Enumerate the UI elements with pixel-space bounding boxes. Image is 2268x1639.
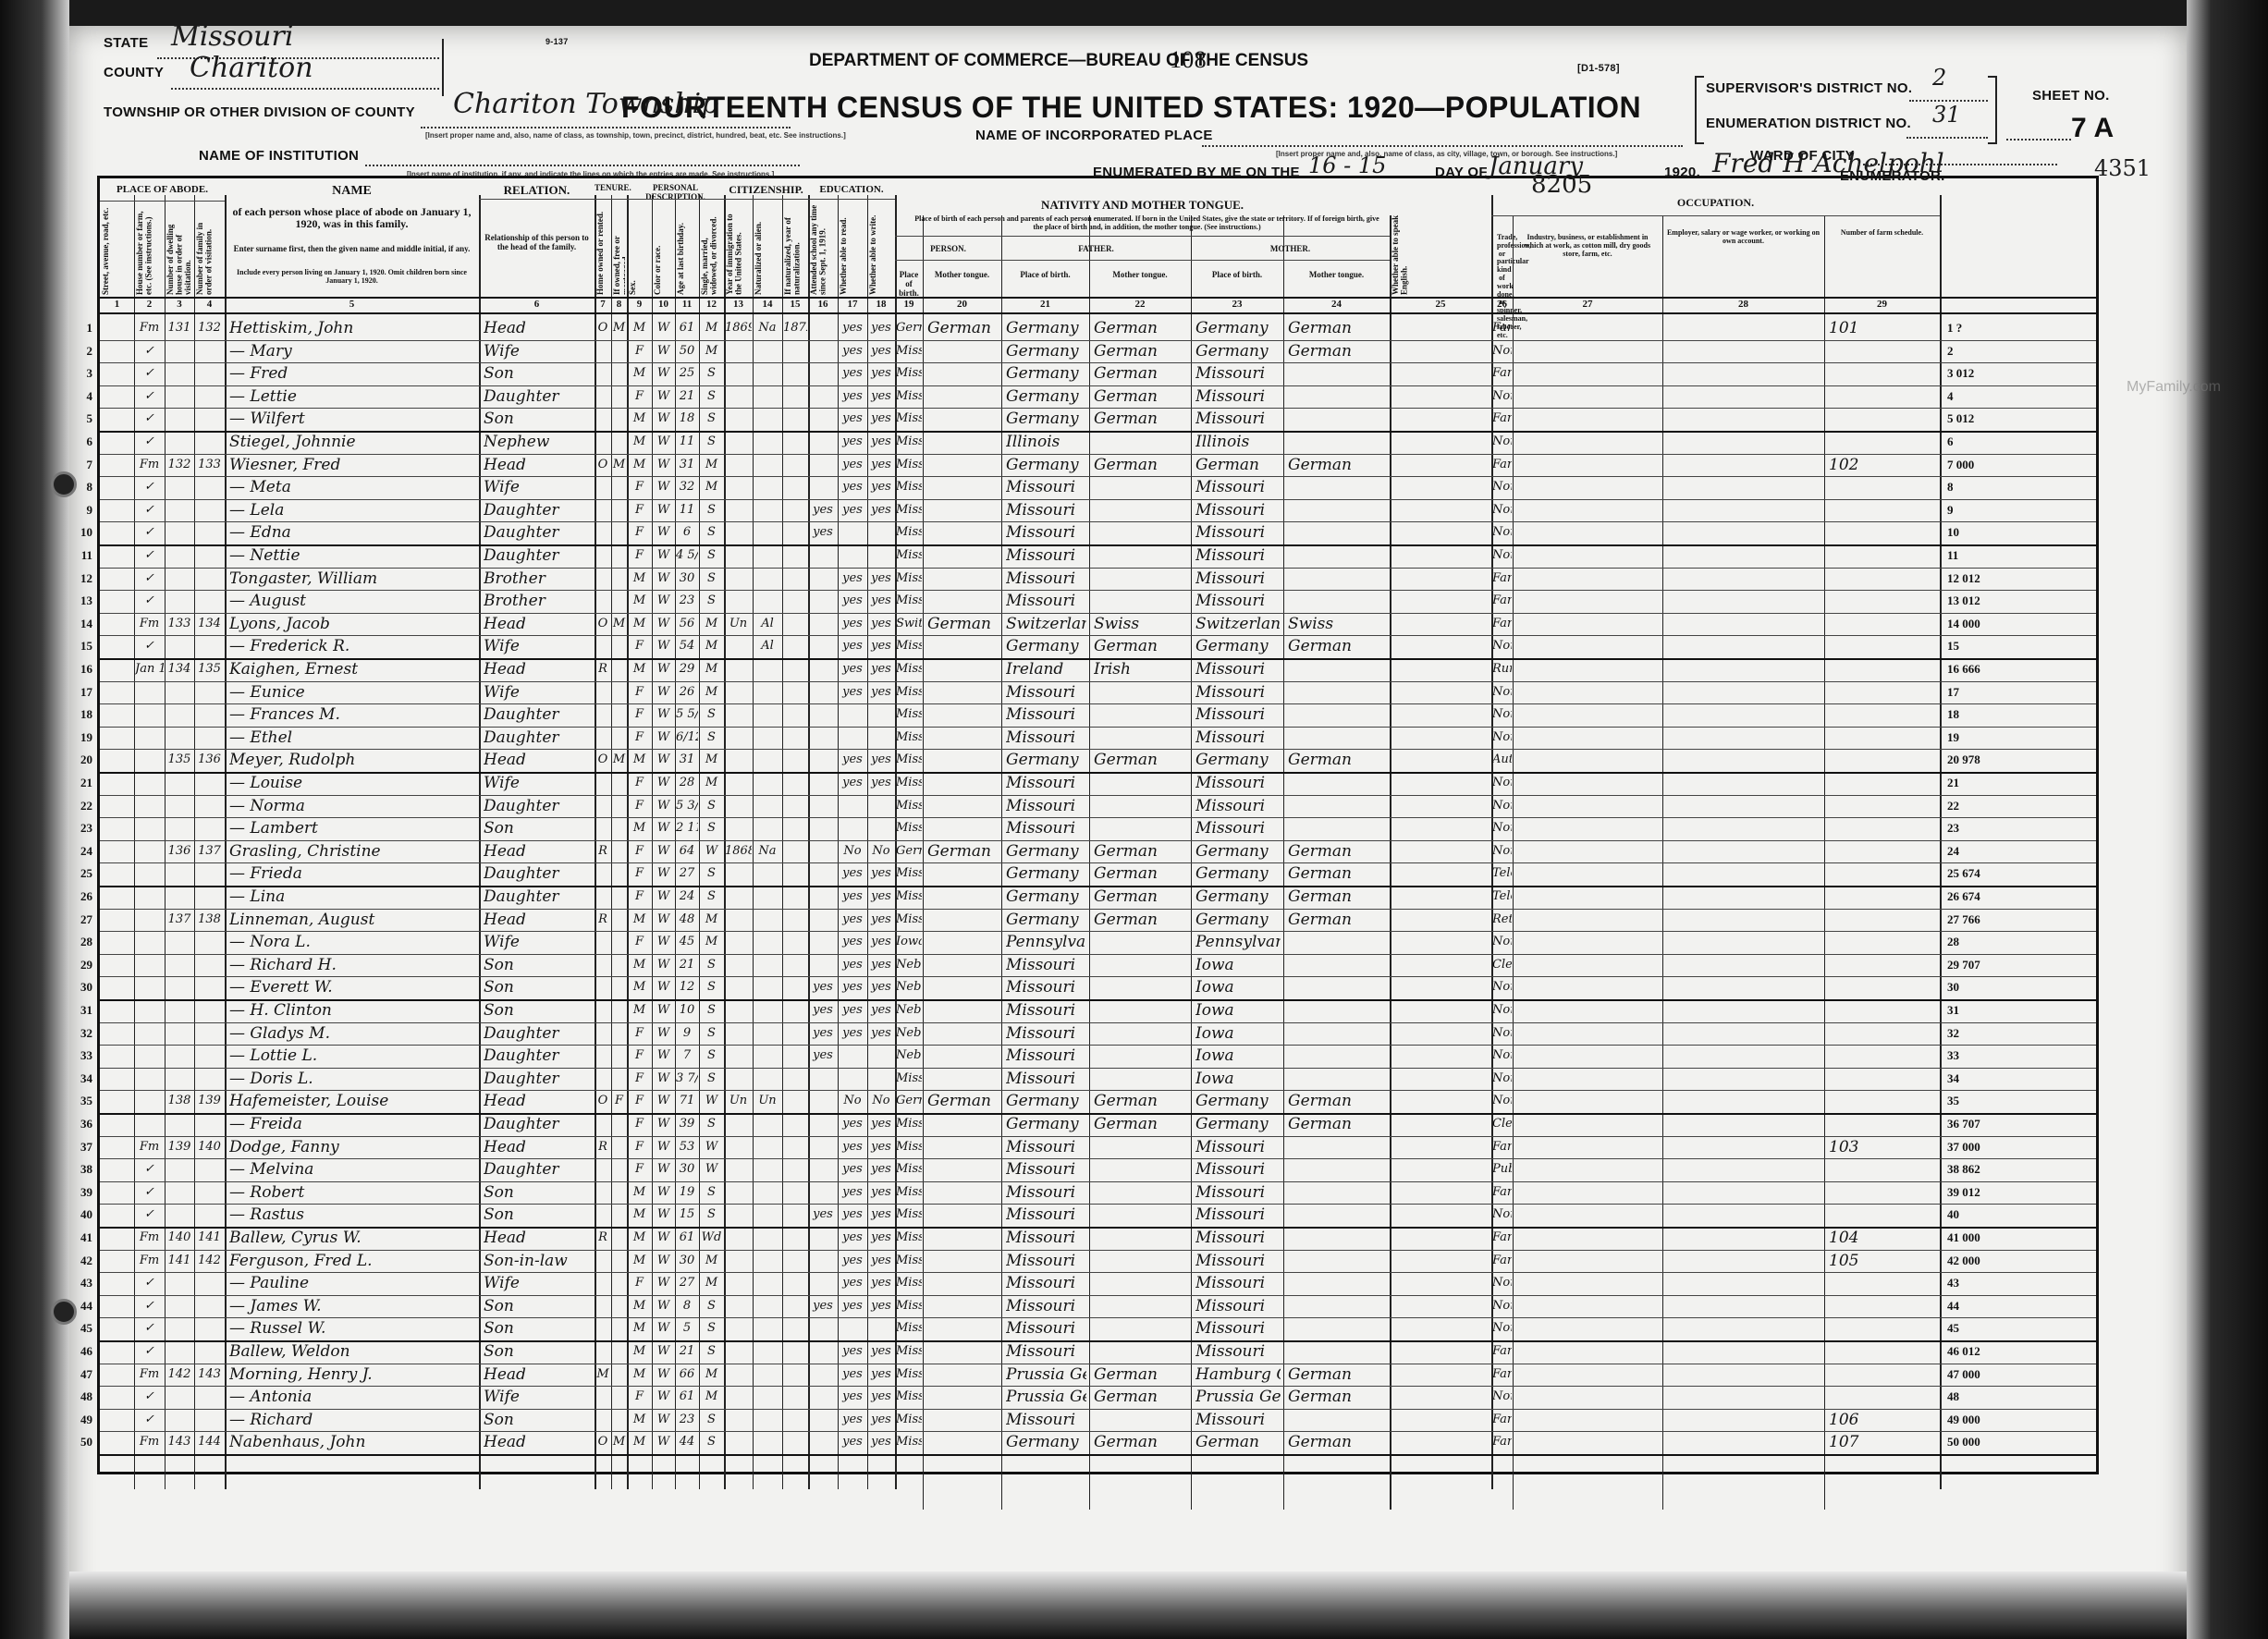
table-cell-sex: F — [628, 477, 651, 497]
table-cell-dwelling: 137 — [166, 910, 193, 930]
table-cell-age: 10 — [676, 1000, 698, 1021]
table-cell-trade: None — [1492, 386, 1512, 407]
table-cell-race: W — [653, 1069, 674, 1089]
table-cell-race: W — [653, 614, 674, 634]
table-cell-age: 9 — [676, 1023, 698, 1044]
table-cell-marital: W — [700, 1159, 723, 1180]
table-cell-col2: ✓ — [135, 569, 164, 589]
table-cell-f_birth: Germany — [1006, 841, 1086, 862]
table-cell-trade: None — [1492, 522, 1512, 543]
table-cell-write: yes — [868, 477, 894, 497]
table-cell-read: yes — [839, 659, 866, 679]
institution-label: NAME OF INSTITUTION — [199, 148, 359, 164]
table-cell-birth: Missouri — [896, 1341, 922, 1362]
right-margin-code: 42 000 — [1947, 1254, 2003, 1268]
table-cell-write: yes — [868, 682, 894, 703]
table-cell-family: 139 — [195, 1091, 224, 1111]
vertical-column-header: Street, avenue, road, etc. — [102, 202, 132, 295]
table-cell-sex: F — [628, 636, 651, 656]
table-cell-marital: S — [700, 1069, 723, 1089]
column-number: 20 — [923, 299, 1001, 310]
column-number: 9 — [627, 299, 652, 310]
line-number: 34 — [72, 1071, 92, 1086]
right-margin-code: 8 — [1947, 480, 2003, 495]
table-cell-col2: Fm — [135, 1364, 164, 1385]
table-cell-f_birth: Missouri — [1006, 1228, 1086, 1248]
table-cell-relation: Head — [484, 1137, 592, 1157]
table-cell-read: yes — [839, 1387, 866, 1407]
right-margin-code: 49 000 — [1947, 1413, 2003, 1427]
table-cell-marital: S — [700, 1205, 723, 1225]
vertical-column-header: Year of immigration to the United States… — [726, 202, 751, 295]
table-cell-birth: Missouri — [896, 1296, 922, 1316]
table-cell-race: W — [653, 932, 674, 952]
right-margin-code: 26 674 — [1947, 889, 2003, 904]
supervisor-district-value: 2 — [1932, 65, 1946, 91]
table-cell-name: — Fred — [229, 363, 476, 384]
table-cell-f_tongue: German — [1094, 455, 1188, 475]
table-cell-read: yes — [839, 1159, 866, 1180]
table-cell-m_birth: Iowa — [1195, 955, 1281, 975]
table-cell-family: 134 — [195, 614, 224, 634]
table-cell-birth: Missouri — [896, 1228, 922, 1248]
table-cell-marital: S — [700, 1432, 723, 1452]
table-cell-age: 66 — [676, 1364, 698, 1385]
table-cell-race: W — [653, 818, 674, 838]
table-cell-col2: ✓ — [135, 545, 164, 566]
table-cell-owned: R — [595, 910, 610, 930]
table-cell-relation: Head — [484, 1432, 592, 1452]
table-cell-age: 15 — [676, 1205, 698, 1225]
table-cell-relation: Son — [484, 818, 592, 838]
table-cell-m_birth: Missouri — [1195, 773, 1281, 793]
table-cell-age: 8 — [676, 1296, 698, 1316]
table-cell-school: yes — [809, 1023, 837, 1044]
table-cell-marital: M — [700, 341, 723, 361]
table-cell-sex: M — [628, 818, 651, 838]
table-cell-marital: M — [700, 1364, 723, 1385]
header-farm-schedule: Number of farm schedule. — [1826, 229, 1938, 238]
table-cell-name: — Everett W. — [229, 977, 476, 997]
table-cell-name: Kaighen, Ernest — [229, 659, 476, 679]
table-cell-name: — Eunice — [229, 682, 476, 703]
table-cell-relation: Wife — [484, 682, 592, 703]
table-cell-family: 144 — [195, 1432, 224, 1452]
column-number: 15 — [782, 299, 808, 310]
table-cell-m_birth: Missouri — [1195, 1273, 1281, 1293]
table-cell-write: yes — [868, 1159, 894, 1180]
table-cell-write: yes — [868, 636, 894, 656]
table-cell-f_birth: Missouri — [1006, 1205, 1086, 1225]
table-cell-m_tongue: German — [1288, 750, 1387, 770]
table-cell-read: yes — [839, 1114, 866, 1134]
table-cell-relation: Wife — [484, 932, 592, 952]
table-cell-race: W — [653, 545, 674, 566]
right-margin-code: 41 000 — [1947, 1230, 2003, 1245]
table-cell-trade: Rural Mail carrier — [1492, 659, 1512, 679]
table-cell-age: 24 — [676, 887, 698, 907]
table-cell-read: yes — [839, 1364, 866, 1385]
right-margin-code: 33 — [1947, 1048, 2003, 1063]
header-occupation-industry: Industry, business, or establishment in … — [1518, 234, 1657, 258]
table-cell-relation: Brother — [484, 569, 592, 589]
table-cell-relation: Daughter — [484, 545, 592, 566]
table-cell-race: W — [653, 386, 674, 407]
table-cell-f_birth: Germany — [1006, 409, 1086, 429]
table-cell-relation: Head — [484, 910, 592, 930]
table-cell-age: 12 — [676, 977, 698, 997]
right-margin-code: 30 — [1947, 980, 2003, 995]
table-cell-f_birth: Germany — [1006, 636, 1086, 656]
table-cell-age: 2 11/12 — [676, 818, 698, 838]
table-cell-nat: Al — [754, 614, 781, 634]
table-cell-name: — Frederick R. — [229, 636, 476, 656]
table-cell-sex: F — [628, 545, 651, 566]
table-cell-relation: Son — [484, 1000, 592, 1021]
table-cell-relation: Wife — [484, 477, 592, 497]
header-divider — [895, 236, 1390, 237]
table-cell-race: W — [653, 863, 674, 884]
table-cell-m_tongue: German — [1288, 341, 1387, 361]
line-number: 29 — [72, 958, 92, 972]
column-number: 13 — [724, 299, 753, 310]
page-bottom-edge — [69, 1572, 2187, 1639]
table-cell-write: No — [868, 1091, 894, 1111]
table-cell-col2: ✓ — [135, 522, 164, 543]
table-cell-immig: 1869 — [725, 318, 752, 338]
table-cell-f_tongue: German — [1094, 863, 1188, 884]
line-number: 8 — [72, 480, 92, 495]
table-cell-relation: Head — [484, 614, 592, 634]
table-cell-dwelling: 141 — [166, 1251, 193, 1271]
table-cell-f_birth: Missouri — [1006, 728, 1086, 748]
column-number: 14 — [753, 299, 782, 310]
table-cell-relation: Son — [484, 1410, 592, 1430]
table-cell-race: W — [653, 1273, 674, 1293]
right-margin-code: 28 — [1947, 935, 2003, 949]
table-cell-dwelling: 136 — [166, 841, 193, 862]
county-value: Chariton — [190, 52, 313, 84]
header-divider — [895, 260, 1390, 261]
table-cell-f_birth: Missouri — [1006, 1159, 1086, 1180]
table-cell-nat: Al — [754, 636, 781, 656]
table-cell-write: yes — [868, 1364, 894, 1385]
table-cell-col2: ✓ — [135, 500, 164, 520]
table-cell-write: yes — [868, 932, 894, 952]
table-cell-relation: Wife — [484, 636, 592, 656]
table-cell-m_tongue: German — [1288, 887, 1387, 907]
table-cell-m_birth: Germany — [1195, 318, 1281, 338]
table-cell-family: 141 — [195, 1228, 224, 1248]
table-cell-age: 50 — [676, 341, 698, 361]
vertical-column-header: Whether able to read. — [840, 202, 865, 295]
table-cell-sex: M — [628, 1251, 651, 1271]
table-cell-name: — Nettie — [229, 545, 476, 566]
table-cell-school: yes — [809, 1296, 837, 1316]
table-cell-age: 64 — [676, 841, 698, 862]
table-cell-f_birth: Missouri — [1006, 773, 1086, 793]
header-nativity-desc: Place of birth of each person and parent… — [913, 215, 1380, 232]
table-cell-race: W — [653, 455, 674, 475]
line-number: 39 — [72, 1185, 92, 1200]
table-cell-m_birth: Missouri — [1195, 1251, 1281, 1271]
table-cell-age: 61 — [676, 1228, 698, 1248]
line-number: 31 — [72, 1003, 92, 1018]
table-cell-f_birth: Switzerland — [1006, 614, 1086, 634]
table-cell-age: 18 — [676, 409, 698, 429]
table-cell-relation: Head — [484, 841, 592, 862]
table-cell-sex: F — [628, 1023, 651, 1044]
table-cell-col2: Fm — [135, 455, 164, 475]
table-cell-age: 61 — [676, 318, 698, 338]
table-cell-marital: S — [700, 569, 723, 589]
table-cell-relation: Daughter — [484, 386, 592, 407]
table-cell-age: 21 — [676, 955, 698, 975]
table-cell-dwelling: 131 — [166, 318, 193, 338]
table-cell-birth: Missouri — [896, 545, 922, 566]
table-cell-trade: None — [1492, 1000, 1512, 1021]
table-cell-write: yes — [868, 1410, 894, 1430]
table-cell-sex: M — [628, 1341, 651, 1362]
right-margin-code: 43 — [1947, 1276, 2003, 1290]
table-cell-race: W — [653, 1023, 674, 1044]
line-number: 40 — [72, 1207, 92, 1222]
table-cell-school: yes — [809, 522, 837, 543]
table-cell-marital: S — [700, 591, 723, 611]
table-cell-race: W — [653, 1364, 674, 1385]
table-cell-trade: None — [1492, 636, 1512, 656]
table-cell-m_tongue: Swiss — [1288, 614, 1387, 634]
line-number: 42 — [72, 1254, 92, 1268]
right-margin-code: 24 — [1947, 844, 2003, 859]
table-cell-birth: Missouri — [896, 1182, 922, 1203]
table-cell-f_tongue: German — [1094, 341, 1188, 361]
table-cell-read: yes — [839, 569, 866, 589]
table-cell-birth: Missouri — [896, 569, 922, 589]
table-cell-owned: M — [595, 1364, 610, 1385]
table-cell-relation: Daughter — [484, 728, 592, 748]
table-cell-f_birth: Missouri — [1006, 1251, 1086, 1271]
table-cell-write: yes — [868, 1341, 894, 1362]
table-cell-col2: Fm — [135, 1228, 164, 1248]
table-cell-f_birth: Illinois — [1006, 432, 1086, 452]
table-cell-f_birth: Missouri — [1006, 1069, 1086, 1089]
table-cell-race: W — [653, 682, 674, 703]
table-cell-write: yes — [868, 591, 894, 611]
table-cell-f_birth: Missouri — [1006, 569, 1086, 589]
table-cell-age: 28 — [676, 773, 698, 793]
table-cell-dwelling: 135 — [166, 750, 193, 770]
column-number: 4 — [194, 299, 225, 310]
table-cell-race: W — [653, 1341, 674, 1362]
table-cell-name: — Mary — [229, 341, 476, 361]
table-cell-birth: Missouri — [896, 636, 922, 656]
table-cell-race: W — [653, 1387, 674, 1407]
table-cell-f_birth: Missouri — [1006, 1023, 1086, 1044]
table-cell-trade: Farm Hand — [1492, 591, 1512, 611]
table-cell-col2: ✓ — [135, 363, 164, 384]
table-cell-write: yes — [868, 1228, 894, 1248]
table-cell-birth: Missouri — [896, 796, 922, 816]
column-number: 12 — [699, 299, 724, 310]
table-cell-relation: Son — [484, 1182, 592, 1203]
table-cell-name: Hafemeister, Louise — [229, 1091, 476, 1111]
table-cell-birth: Missouri — [896, 341, 922, 361]
table-cell-relation: Daughter — [484, 1114, 592, 1134]
table-cell-f_birth: Missouri — [1006, 1296, 1086, 1316]
table-cell-write: yes — [868, 1432, 894, 1452]
table-cell-sex: M — [628, 569, 651, 589]
table-cell-age: 5 5/12 — [676, 704, 698, 725]
right-margin-code: 36 707 — [1947, 1117, 2003, 1131]
table-cell-name: — Lela — [229, 500, 476, 520]
table-cell-dwelling: 142 — [166, 1364, 193, 1385]
table-cell-trade: Clerk general store — [1492, 955, 1512, 975]
table-cell-m_birth: Iowa — [1195, 1069, 1281, 1089]
table-cell-m_birth: Germany — [1195, 887, 1281, 907]
table-cell-race: W — [653, 1046, 674, 1066]
table-cell-mortgage: M — [612, 318, 626, 338]
table-cell-immig: 1868 — [725, 841, 752, 862]
table-cell-relation: Wife — [484, 1273, 592, 1293]
table-cell-name: — Pauline — [229, 1273, 476, 1293]
column-number: 16 — [808, 299, 838, 310]
table-cell-age: 11 — [676, 432, 698, 452]
table-cell-owned: R — [595, 1228, 610, 1248]
occupation-code: 8205 — [1531, 171, 1592, 199]
table-cell-trade: Public school Teacher — [1492, 1159, 1512, 1180]
table-cell-age: 27 — [676, 1273, 698, 1293]
table-cell-trade: Farmer — [1492, 455, 1512, 475]
table-cell-race: W — [653, 477, 674, 497]
line-number: 15 — [72, 639, 92, 654]
table-cell-name: — Antonia — [229, 1387, 476, 1407]
table-cell-f_birth: Missouri — [1006, 977, 1086, 997]
table-cell-birth: Germany — [896, 1091, 922, 1111]
table-cell-family: 135 — [195, 659, 224, 679]
table-cell-race: W — [653, 1091, 674, 1111]
table-cell-owned: O — [595, 1432, 610, 1452]
table-cell-name: — Norma — [229, 796, 476, 816]
table-cell-marital: S — [700, 1023, 723, 1044]
table-cell-name: — Wilfert — [229, 409, 476, 429]
header-place-of-birth: Place of birth. — [895, 271, 923, 299]
table-cell-birth: Missouri — [896, 409, 922, 429]
table-cell-marital: S — [700, 704, 723, 725]
right-margin-code: 4 — [1947, 389, 2003, 404]
table-cell-age: 23 — [676, 1410, 698, 1430]
header-name-desc: of each person whose place of abode on J… — [232, 206, 472, 230]
table-cell-trade: Farm Hand — [1492, 569, 1512, 589]
header-place-of-abode: PLACE OF ABODE. — [100, 184, 225, 195]
table-cell-family: 138 — [195, 910, 224, 930]
table-cell-relation: Daughter — [484, 1159, 592, 1180]
table-cell-race: W — [653, 1432, 674, 1452]
table-cell-sex: F — [628, 704, 651, 725]
table-cell-trade: Farmer — [1492, 1432, 1512, 1452]
table-cell-age: 32 — [676, 477, 698, 497]
table-cell-sex: M — [628, 977, 651, 997]
column-number: 25 — [1390, 299, 1491, 310]
table-cell-marital: S — [700, 1296, 723, 1316]
table-cell-trade: None — [1492, 1205, 1512, 1225]
line-number: 45 — [72, 1321, 92, 1336]
township-label: TOWNSHIP OR OTHER DIVISION OF COUNTY — [104, 104, 415, 120]
table-cell-birth: Missouri — [896, 363, 922, 384]
table-cell-sex: M — [628, 910, 651, 930]
state-label: STATE — [104, 35, 148, 51]
table-cell-m_birth: Missouri — [1195, 796, 1281, 816]
table-cell-m_birth: Missouri — [1195, 477, 1281, 497]
right-margin-code: 37 000 — [1947, 1140, 2003, 1155]
table-cell-read: yes — [839, 1000, 866, 1021]
column-number: 2 — [134, 299, 165, 310]
table-cell-race: W — [653, 1318, 674, 1339]
table-cell-family: 143 — [195, 1364, 224, 1385]
table-cell-owned: R — [595, 841, 610, 862]
table-cell-f_birth: Missouri — [1006, 477, 1086, 497]
table-cell-school: yes — [809, 977, 837, 997]
table-cell-f_birth: Missouri — [1006, 1182, 1086, 1203]
line-number: 6 — [72, 434, 92, 449]
table-cell-f_birth: Germany — [1006, 750, 1086, 770]
right-margin-code: 47 000 — [1947, 1367, 2003, 1382]
table-cell-race: W — [653, 1159, 674, 1180]
table-cell-relation: Son — [484, 955, 592, 975]
line-number: 13 — [72, 593, 92, 608]
table-cell-race: W — [653, 1137, 674, 1157]
form-number: 9-137 — [546, 37, 569, 46]
table-cell-read: No — [839, 1091, 866, 1111]
table-cell-school: yes — [809, 1205, 837, 1225]
vertical-column-header: Naturalized or alien. — [754, 202, 780, 295]
table-cell-relation: Head — [484, 659, 592, 679]
right-margin-code: 40 — [1947, 1207, 2003, 1222]
table-cell-sex: M — [628, 659, 651, 679]
table-cell-immig: Un — [725, 614, 752, 634]
table-cell-relation: Son — [484, 409, 592, 429]
line-number: 50 — [72, 1435, 92, 1449]
line-number: 18 — [72, 707, 92, 722]
header-place-of-birth: Place of birth. — [1001, 271, 1089, 280]
table-cell-family: 137 — [195, 841, 224, 862]
table-cell-age: 71 — [676, 1091, 698, 1111]
table-cell-write: yes — [868, 977, 894, 997]
table-cell-col2: ✓ — [135, 1296, 164, 1316]
table-cell-read: yes — [839, 1023, 866, 1044]
table-cell-trade: None — [1492, 1091, 1512, 1111]
header-divider — [100, 201, 225, 202]
table-cell-col2: ✓ — [135, 1410, 164, 1430]
table-cell-race: W — [653, 773, 674, 793]
table-cell-school: yes — [809, 1000, 837, 1021]
table-cell-sex: F — [628, 841, 651, 862]
right-margin-code: 35 — [1947, 1094, 2003, 1108]
right-margin-code: 39 012 — [1947, 1185, 2003, 1200]
line-number: 43 — [72, 1276, 92, 1290]
right-margin-code: 9 — [1947, 503, 2003, 518]
header-education: EDUCATION. — [808, 184, 895, 195]
table-cell-dwelling: 132 — [166, 455, 193, 475]
table-cell-read: yes — [839, 750, 866, 770]
table-cell-marital: M — [700, 318, 723, 338]
table-cell-read: yes — [839, 500, 866, 520]
table-cell-col2: ✓ — [135, 636, 164, 656]
line-number: 24 — [72, 844, 92, 859]
table-cell-marital: W — [700, 1137, 723, 1157]
table-cell-birth: Missouri — [896, 818, 922, 838]
table-cell-birth: Iowa — [896, 932, 922, 952]
